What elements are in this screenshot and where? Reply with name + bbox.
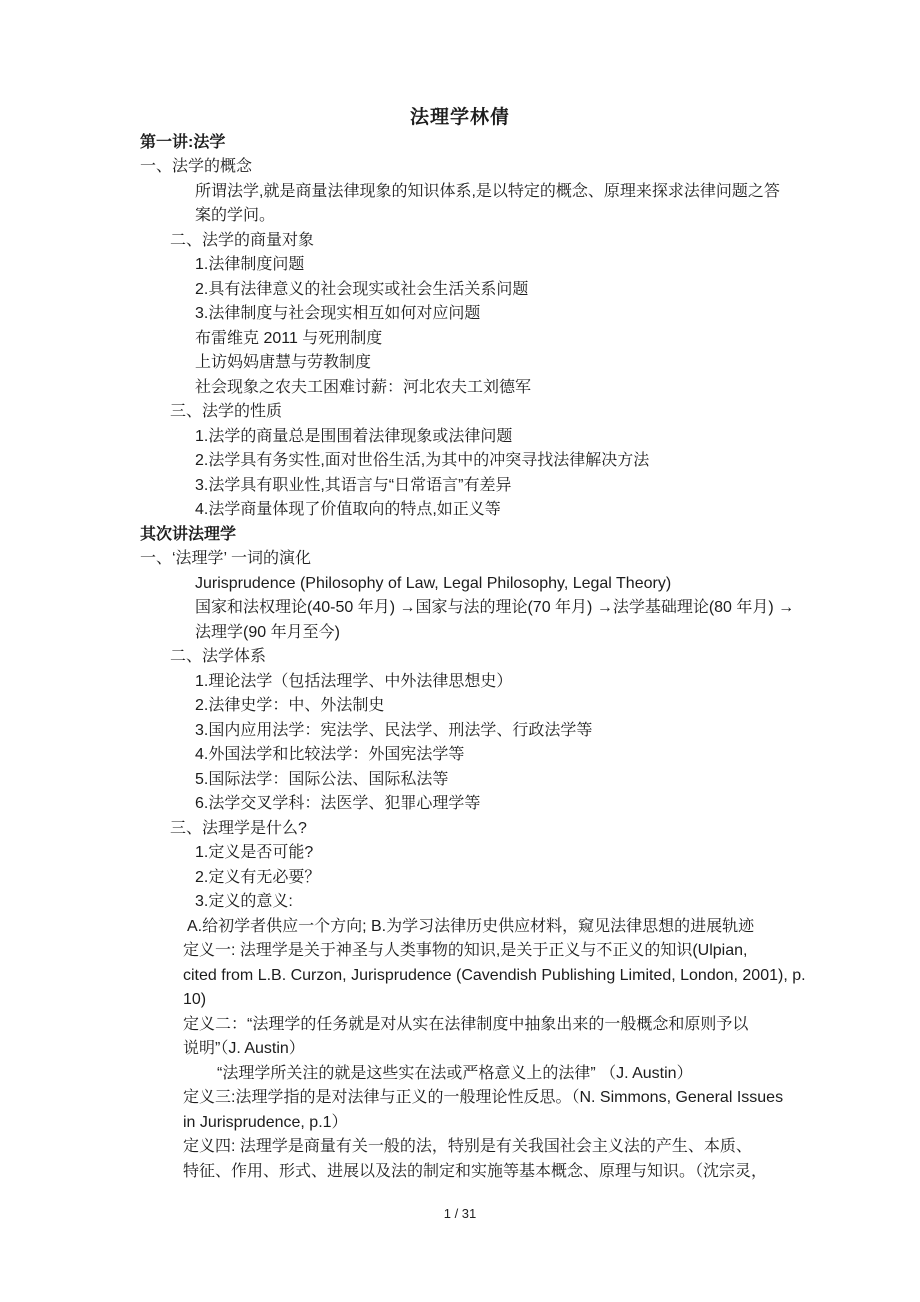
text-line: A.给初学者供应一个方向; B.为学习法律历史供应材料，窥见法律思想的进展轨迹 bbox=[187, 915, 780, 940]
text-line: 定义四: 法理学是商量有关一般的法，特别是有关我国社会主义法的产生、本质、 bbox=[183, 1135, 780, 1160]
text-line: 定义三:法理学指的是对法律与正义的一般理论性反思。（N. Simmons, Ge… bbox=[183, 1086, 780, 1111]
text-line: 2.法律史学：中、外法制史 bbox=[195, 694, 780, 719]
text-line: cited from L.B. Curzon, Jurisprudence (C… bbox=[183, 964, 780, 989]
text-line: 4.外国法学和比较法学：外国宪法学等 bbox=[195, 743, 780, 768]
text-line: 布雷维克 2011 与死刑制度 bbox=[195, 327, 780, 352]
text-line: 1.定义是否可能? bbox=[195, 841, 780, 866]
text-line: in Jurisprudence, p.1） bbox=[183, 1111, 780, 1136]
document-title: 法理学林倩 bbox=[140, 106, 780, 131]
text-line: 1.法律制度问题 bbox=[195, 253, 780, 278]
text-line: 1.理论法学（包括法理学、中外法律思想史） bbox=[195, 670, 780, 695]
text-line: 6.法学交叉学科：法医学、犯罪心理学等 bbox=[195, 792, 780, 817]
text-line: 其次讲法理学 bbox=[140, 523, 780, 548]
text-line: 法理学(90 年月至今) bbox=[195, 621, 780, 646]
text-line: 定义一: 法理学是关于神圣与人类事物的知识,是关于正义与不正义的知识(Ulpia… bbox=[183, 939, 780, 964]
text-line: 3.法学具有职业性,其语言与“日常语言”有差异 bbox=[195, 474, 780, 499]
text-line: 社会现象之农夫工困难讨薪：河北农夫工刘德军 bbox=[195, 376, 780, 401]
text-line: 特征、作用、形式、进展以及法的制定和实施等基本概念、原理与知识。（沈宗灵， bbox=[183, 1160, 780, 1185]
text-line: 所谓法学,就是商量法律现象的知识体系,是以特定的概念、原理来探求法律问题之答 bbox=[195, 180, 780, 205]
text-line: 说明”（J. Austin） bbox=[183, 1037, 780, 1062]
text-line: 三、法理学是什么? bbox=[170, 817, 780, 842]
page-number-footer: 1 / 31 bbox=[0, 1202, 920, 1226]
document-page: 法理学林倩 第一讲:法学一、法学的概念所谓法学,就是商量法律现象的知识体系,是以… bbox=[0, 0, 920, 1302]
text-line: 一、‘法理学’ 一词的演化 bbox=[140, 547, 780, 572]
text-line: 2.定义有无必要？ bbox=[195, 866, 780, 891]
text-line: 2.具有法律意义的社会现实或社会生活关系问题 bbox=[195, 278, 780, 303]
text-line: 3.国内应用法学：宪法学、民法学、刑法学、行政法学等 bbox=[195, 719, 780, 744]
text-line: 一、法学的概念 bbox=[140, 155, 780, 180]
text-line: 案的学问。 bbox=[195, 204, 780, 229]
text-line: 三、法学的性质 bbox=[170, 400, 780, 425]
text-line: “法理学所关注的就是这些实在法或严格意义上的法律” （J. Austin） bbox=[217, 1062, 780, 1087]
text-line: 二、法学体系 bbox=[170, 645, 780, 670]
text-line: 二、法学的商量对象 bbox=[170, 229, 780, 254]
text-line: 1.法学的商量总是围围着法律现象或法律问题 bbox=[195, 425, 780, 450]
document-content: 法理学林倩 第一讲:法学一、法学的概念所谓法学,就是商量法律现象的知识体系,是以… bbox=[140, 106, 780, 1184]
text-line: 第一讲:法学 bbox=[140, 131, 780, 156]
document-body: 第一讲:法学一、法学的概念所谓法学,就是商量法律现象的知识体系,是以特定的概念、… bbox=[140, 131, 780, 1185]
page-number: 1 / 31 bbox=[444, 1206, 477, 1221]
text-line: 5.国际法学：国际公法、国际私法等 bbox=[195, 768, 780, 793]
text-line: 4.法学商量体现了价值取向的特点,如正义等 bbox=[195, 498, 780, 523]
text-line: 定义二：“法理学的任务就是对从实在法律制度中抽象出来的一般概念和原则予以 bbox=[183, 1013, 780, 1038]
text-line: 3.法律制度与社会现实相互如何对应问题 bbox=[195, 302, 780, 327]
text-line: 10) bbox=[183, 988, 780, 1013]
text-line: 上访妈妈唐慧与劳教制度 bbox=[195, 351, 780, 376]
text-line: 3.定义的意义: bbox=[195, 890, 780, 915]
text-line: 国家和法权理论(40-50 年月) →国家与法的理论(70 年月) →法学基础理… bbox=[195, 596, 780, 621]
text-line: 2.法学具有务实性,面对世俗生活,为其中的冲突寻找法律解决方法 bbox=[195, 449, 780, 474]
text-line: Jurisprudence (Philosophy of Law, Legal … bbox=[195, 572, 780, 597]
